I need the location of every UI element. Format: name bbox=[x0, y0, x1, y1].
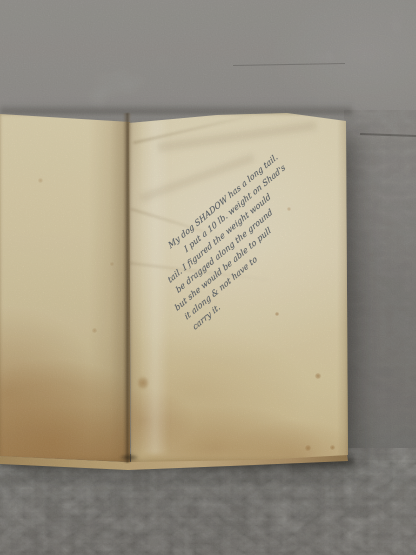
handwritten-inscription: My dog SHADOW has a long tail. I put a 1… bbox=[143, 151, 319, 340]
open-book: My dog SHADOW has a long tail. I put a 1… bbox=[0, 0, 416, 555]
fox-spot bbox=[138, 376, 148, 390]
right-page: My dog SHADOW has a long tail. I put a 1… bbox=[127, 112, 348, 462]
book-shadow bbox=[0, 104, 352, 114]
fox-spot bbox=[315, 373, 321, 379]
paper-wrinkle bbox=[157, 121, 317, 152]
gutter-shadow bbox=[116, 451, 142, 464]
left-page bbox=[0, 112, 130, 462]
fox-spot bbox=[92, 328, 97, 333]
fox-spot bbox=[305, 445, 311, 451]
fox-spot bbox=[330, 445, 335, 450]
fox-spot bbox=[275, 312, 279, 316]
fox-spot bbox=[110, 262, 114, 266]
book-gutter bbox=[123, 113, 131, 463]
photo-open-book-on-concrete: My dog SHADOW has a long tail. I put a 1… bbox=[0, 0, 416, 555]
fox-spot bbox=[38, 178, 43, 183]
